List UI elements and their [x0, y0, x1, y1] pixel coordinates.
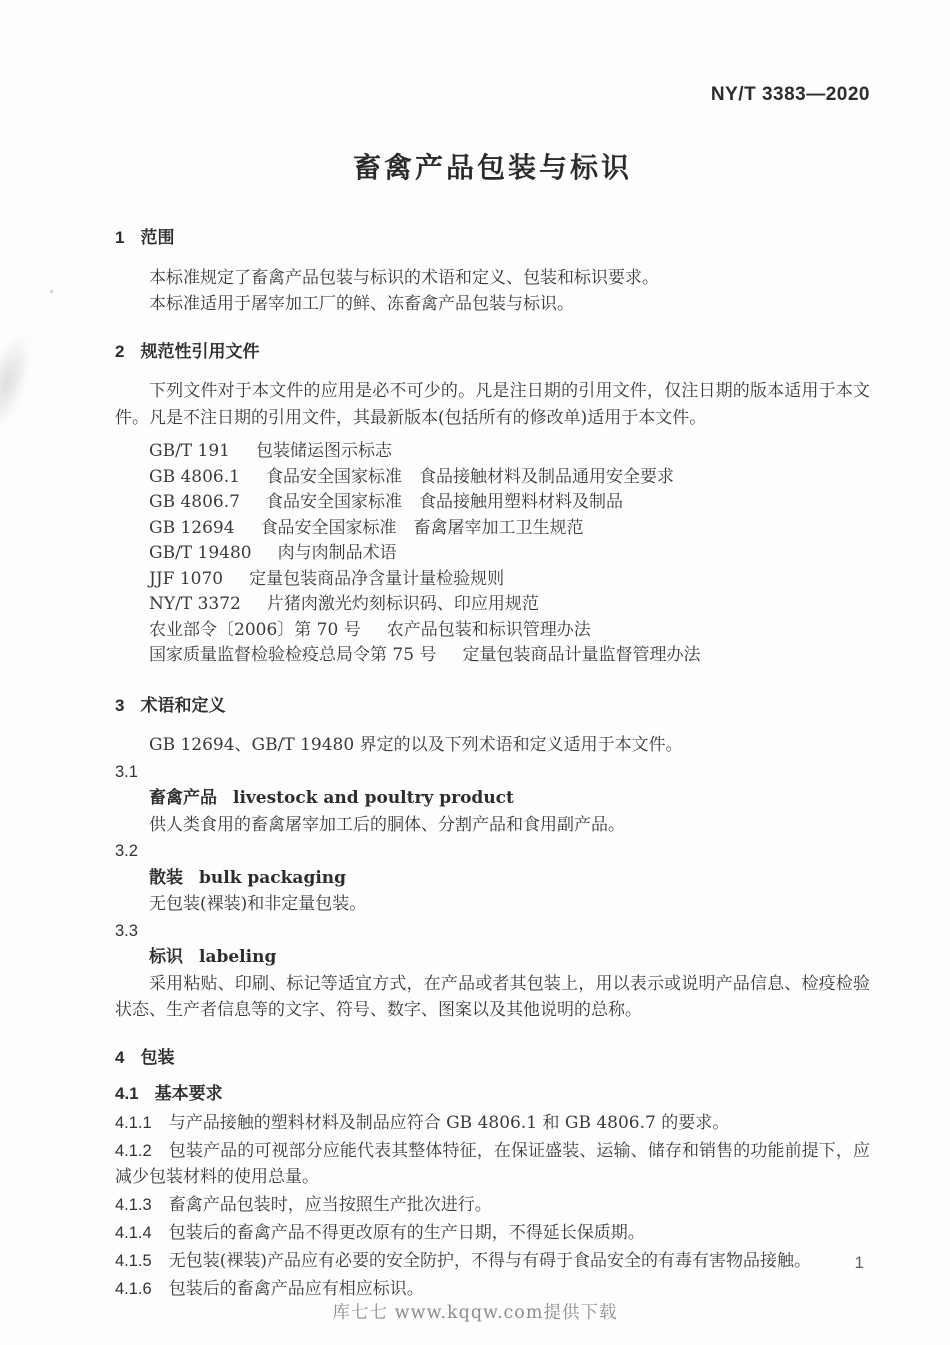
- reference-item: JJF 1070定量包装商品净含量计量检验规则: [115, 567, 870, 593]
- reference-item: 农业部令〔2006〕第 70 号农产品包装和标识管理办法: [115, 618, 870, 644]
- section-scope-heading: 1范围: [115, 225, 870, 252]
- reference-title: 食品安全国家标准 食品接触用塑料材料及制品: [266, 492, 623, 512]
- section-refs-number: 2: [115, 339, 124, 366]
- reference-title: 定量包装商品净含量计量检验规则: [249, 569, 504, 589]
- reference-code: GB 12694: [149, 518, 235, 538]
- scope-paragraph-2: 本标准适用于屠宰加工厂的鲜、冻畜禽产品包装与标识。: [115, 291, 870, 318]
- clause-number: 4.1.2: [115, 1142, 152, 1160]
- clause-text: 与产品接触的塑料材料及制品应符合 GB 4806.1 和 GB 4806.7 的…: [169, 1113, 730, 1133]
- section-scope: 1范围 本标准规定了畜禽产品包装与标识的术语和定义、包装和标识要求。 本标准适用…: [115, 225, 870, 318]
- term-english: labeling: [199, 947, 276, 967]
- scope-paragraph-1: 本标准规定了畜禽产品包装与标识的术语和定义、包装和标识要求。: [115, 265, 870, 292]
- clause-text: 畜禽产品包装时，应当按照生产批次进行。: [169, 1195, 492, 1215]
- reference-title: 食品安全国家标准 畜禽屠宰加工卫生规范: [261, 518, 584, 538]
- refs-intro-paragraph: 下列文件对于本文件的应用是必不可少的。凡是注日期的引用文件，仅注日期的版本适用于…: [115, 378, 870, 431]
- reference-code: NY/T 3372: [149, 594, 241, 614]
- section-terms: 3术语和定义 GB 12694、GB/T 19480 界定的以及下列术语和定义适…: [115, 693, 870, 1024]
- term-number: 3.2: [115, 838, 870, 865]
- clause-text: 包装产品的可视部分应能代表其整体特征，在保证盛装、运输、储存和销售的功能前提下，…: [115, 1141, 870, 1188]
- reference-title: 定量包装商品计量监督管理办法: [462, 645, 700, 665]
- term-name: 散装bulk packaging: [115, 865, 870, 892]
- clause-4-1-1: 4.1.1与产品接触的塑料材料及制品应符合 GB 4806.1 和 GB 480…: [115, 1110, 870, 1137]
- term-english: bulk packaging: [199, 868, 346, 888]
- reference-item: GB/T 191包装储运图示标志: [115, 439, 870, 465]
- clauses-list: 4.1.1与产品接触的塑料材料及制品应符合 GB 4806.1 和 GB 480…: [115, 1110, 870, 1303]
- term-number: 3.3: [115, 918, 870, 945]
- reference-code: JJF 1070: [149, 569, 223, 589]
- clause-4-1-6: 4.1.6包装后的畜禽产品应有相应标识。: [115, 1276, 870, 1303]
- reference-title: 肉与肉制品术语: [278, 543, 397, 563]
- clause-number: 4.1.1: [115, 1114, 152, 1132]
- clause-4-1-4: 4.1.4包装后的畜禽产品不得更改原有的生产日期，不得延长保质期。: [115, 1220, 870, 1247]
- term-chinese: 畜禽产品: [149, 788, 217, 807]
- section-packaging-heading: 4包装: [115, 1045, 870, 1072]
- term-name: 畜禽产品livestock and poultry product: [115, 785, 870, 812]
- term-chinese: 散装: [149, 868, 183, 887]
- terms-intro-paragraph: GB 12694、GB/T 19480 界定的以及下列术语和定义适用于本文件。: [115, 732, 870, 759]
- term-entry-3-1: 3.1 畜禽产品livestock and poultry product 供人…: [115, 759, 870, 839]
- subsection-number: 4.1: [115, 1081, 139, 1108]
- reference-title: 片猪肉激光灼刻标识码、印应用规范: [267, 594, 539, 614]
- section-packaging-title: 包装: [140, 1048, 174, 1067]
- reference-item: GB 12694食品安全国家标准 畜禽屠宰加工卫生规范: [115, 516, 870, 542]
- clause-number: 4.1.4: [115, 1224, 152, 1242]
- section-terms-title: 术语和定义: [140, 696, 225, 715]
- reference-title: 食品安全国家标准 食品接触材料及制品通用安全要求: [266, 467, 674, 487]
- reference-item: GB/T 19480肉与肉制品术语: [115, 541, 870, 567]
- clause-4-1-5: 4.1.5无包装(裸装)产品应有必要的安全防护，不得与有碍于食品安全的有毒有害物…: [115, 1248, 870, 1275]
- term-number: 3.1: [115, 759, 870, 786]
- clause-4-1-2: 4.1.2包装产品的可视部分应能代表其整体特征，在保证盛装、运输、储存和销售的功…: [115, 1138, 870, 1191]
- reference-item: 国家质量监督检验检疫总局令第 75 号定量包装商品计量监督管理办法: [115, 643, 870, 669]
- footer-watermark: 库七七 www.kqqw.com提供下载: [0, 1300, 950, 1327]
- scan-speck: [50, 290, 53, 293]
- term-definition: 采用粘贴、印刷、标记等适宜方式，在产品或者其包装上，用以表示或说明产品信息、检疫…: [115, 971, 870, 1024]
- standard-number: NY/T 3383—2020: [115, 82, 870, 109]
- section-packaging: 4包装 4.1基本要求 4.1.1与产品接触的塑料材料及制品应符合 GB 480…: [115, 1045, 870, 1303]
- section-scope-number: 1: [115, 225, 124, 252]
- section-refs-heading: 2规范性引用文件: [115, 339, 870, 366]
- term-definition: 无包装(裸装)和非定量包装。: [115, 891, 870, 918]
- clause-text: 无包装(裸装)产品应有必要的安全防护，不得与有碍于食品安全的有毒有害物品接触。: [169, 1251, 811, 1271]
- subsection-basic-requirements-heading: 4.1基本要求: [115, 1081, 870, 1108]
- references-list: GB/T 191包装储运图示标志 GB 4806.1食品安全国家标准 食品接触材…: [115, 439, 870, 669]
- reference-code: 农业部令〔2006〕第 70 号: [149, 620, 361, 640]
- clause-text: 包装后的畜禽产品应有相应标识。: [169, 1279, 424, 1299]
- clause-number: 4.1.3: [115, 1196, 152, 1214]
- reference-code: GB/T 19480: [149, 543, 252, 563]
- term-definition: 供人类食用的畜禽屠宰加工后的胴体、分割产品和食用副产品。: [115, 812, 870, 839]
- document-page: NY/T 3383—2020 畜禽产品包装与标识 1范围 本标准规定了畜禽产品包…: [0, 0, 950, 1345]
- page-number: 1: [855, 1250, 864, 1277]
- section-refs-title: 规范性引用文件: [140, 342, 259, 361]
- term-entry-3-2: 3.2 散装bulk packaging 无包装(裸装)和非定量包装。: [115, 838, 870, 918]
- term-entry-3-3: 3.3 标识labeling 采用粘贴、印刷、标记等适宜方式，在产品或者其包装上…: [115, 918, 870, 1024]
- term-chinese: 标识: [149, 947, 183, 966]
- reference-item: GB 4806.7食品安全国家标准 食品接触用塑料材料及制品: [115, 490, 870, 516]
- subsection-title: 基本要求: [155, 1084, 223, 1103]
- section-normative-references: 2规范性引用文件 下列文件对于本文件的应用是必不可少的。凡是注日期的引用文件，仅…: [115, 339, 870, 669]
- term-name: 标识labeling: [115, 944, 870, 971]
- section-terms-number: 3: [115, 693, 124, 720]
- reference-code: GB/T 191: [149, 441, 230, 461]
- reference-code: GB 4806.1: [149, 467, 240, 487]
- reference-code: GB 4806.7: [149, 492, 240, 512]
- clause-4-1-3: 4.1.3畜禽产品包装时，应当按照生产批次进行。: [115, 1192, 870, 1219]
- section-terms-heading: 3术语和定义: [115, 693, 870, 720]
- clause-text: 包装后的畜禽产品不得更改原有的生产日期，不得延长保质期。: [169, 1223, 645, 1243]
- document-title: 畜禽产品包装与标识: [115, 155, 870, 182]
- clause-number: 4.1.6: [115, 1280, 152, 1298]
- section-packaging-number: 4: [115, 1045, 124, 1072]
- reference-item: GB 4806.1食品安全国家标准 食品接触材料及制品通用安全要求: [115, 465, 870, 491]
- page-content: NY/T 3383—2020 畜禽产品包装与标识 1范围 本标准规定了畜禽产品包…: [0, 82, 950, 1303]
- term-english: livestock and poultry product: [233, 788, 514, 808]
- clause-number: 4.1.5: [115, 1252, 152, 1270]
- reference-code: 国家质量监督检验检疫总局令第 75 号: [149, 645, 436, 665]
- reference-title: 包装储运图示标志: [256, 441, 392, 461]
- reference-title: 农产品包装和标识管理办法: [387, 620, 591, 640]
- section-scope-title: 范围: [140, 228, 174, 247]
- reference-item: NY/T 3372片猪肉激光灼刻标识码、印应用规范: [115, 592, 870, 618]
